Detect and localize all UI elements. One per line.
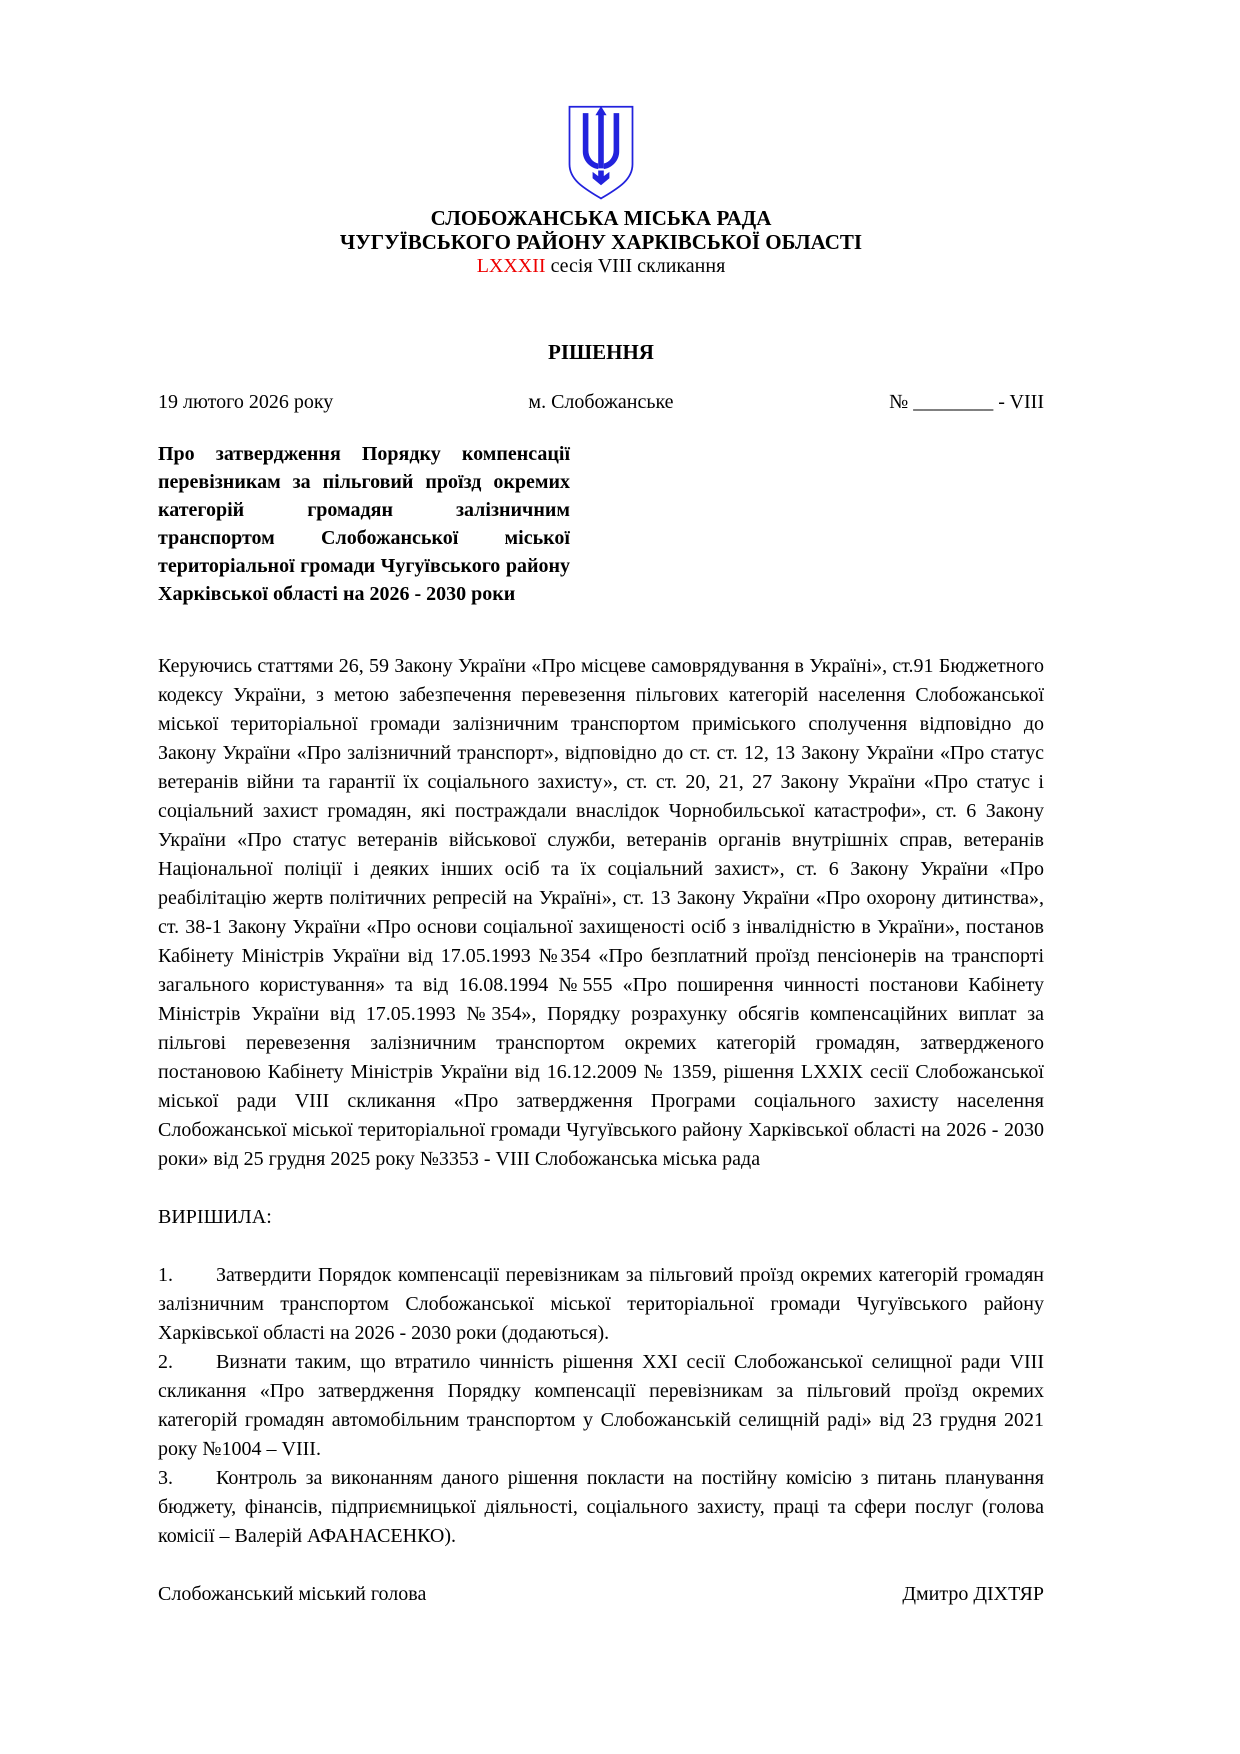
signatory-name: Дмитро ДІХТЯР [902, 1580, 1044, 1609]
ukraine-trident-coat-of-arms-icon [565, 104, 637, 202]
decision-document-page: СЛОБОЖАНСЬКА МІСЬКА РАДА ЧУГУЇВСЬКОГО РА… [0, 0, 1240, 1754]
item-number: 1. [158, 1261, 216, 1290]
item-number: 2. [158, 1348, 216, 1377]
item-text: Затвердити Порядок компенсації перевізни… [158, 1264, 1044, 1344]
signature-row: Слобожанський міський голова Дмитро ДІХТ… [158, 1580, 1044, 1609]
resolution-item-3: 3.Контроль за виконанням даного рішення … [158, 1464, 1044, 1551]
preamble-paragraph: Керуючись статтями 26, 59 Закону України… [158, 652, 1044, 1174]
dateline-row: 19 лютого 2026 року м. Слобожанське № __… [158, 390, 1044, 414]
resolution-item-2: 2.Визнати таким, що втратило чинність рі… [158, 1348, 1044, 1464]
decision-place: м. Слобожанське [453, 390, 748, 414]
item-text: Контроль за виконанням даного рішення по… [158, 1467, 1044, 1547]
resolution-item-1: 1.Затвердити Порядок компенсації перевіз… [158, 1261, 1044, 1348]
council-district: ЧУГУЇВСЬКОГО РАЙОНУ ХАРКІВСЬКОЇ ОБЛАСТІ [158, 230, 1044, 254]
decision-date: 19 лютого 2026 року [158, 390, 453, 414]
signatory-position: Слобожанський міський голова [158, 1580, 426, 1609]
document-header: СЛОБОЖАНСЬКА МІСЬКА РАДА ЧУГУЇВСЬКОГО РА… [158, 104, 1044, 278]
item-number: 3. [158, 1464, 216, 1493]
session-line: LXXXII сесія VIII скликання [158, 254, 1044, 278]
document-title: РІШЕННЯ [158, 340, 1044, 364]
session-suffix: сесія VIII скликання [546, 255, 726, 277]
session-number: LXXXII [477, 255, 546, 277]
decision-subject: Про затвердження Порядку компенсації пер… [158, 440, 570, 608]
resolved-label: ВИРІШИЛА: [158, 1203, 1044, 1232]
decision-number-blank: № ________ - VIII [749, 390, 1044, 414]
item-text: Визнати таким, що втратило чинність ріше… [158, 1351, 1044, 1460]
resolution-items: 1.Затвердити Порядок компенсації перевіз… [158, 1261, 1044, 1551]
council-name: СЛОБОЖАНСЬКА МІСЬКА РАДА [158, 206, 1044, 230]
